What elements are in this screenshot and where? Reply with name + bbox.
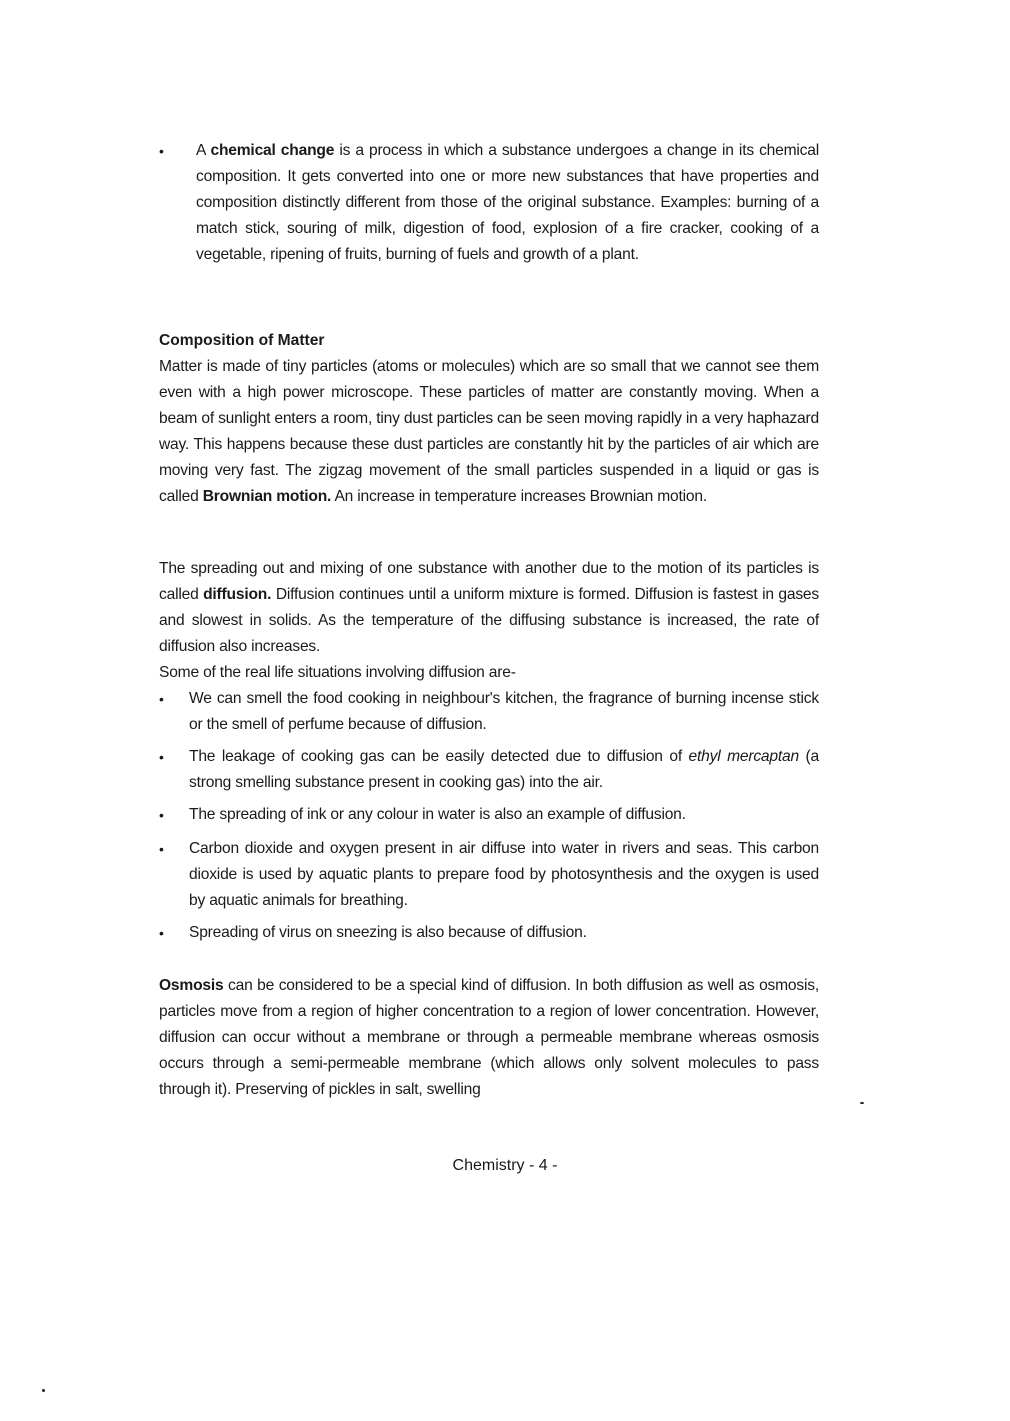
scan-speck bbox=[42, 1389, 45, 1392]
composition-paragraph: Matter is made of tiny particles (atoms … bbox=[159, 354, 819, 510]
diffusion-examples-intro: Some of the real life situations involvi… bbox=[159, 660, 819, 686]
chemical-change-section: • A chemical change is a process in whic… bbox=[159, 138, 819, 268]
bullet-icon: • bbox=[159, 802, 189, 828]
chemical-change-bullet: • A chemical change is a process in whic… bbox=[159, 138, 819, 268]
term-ethyl-mercaptan: ethyl mercaptan bbox=[689, 748, 799, 765]
diffusion-section: The spreading out and mixing of one subs… bbox=[159, 556, 819, 686]
document-page: • A chemical change is a process in whic… bbox=[0, 0, 1010, 1421]
section-heading: Composition of Matter bbox=[159, 328, 819, 354]
list-item: • Spreading of virus on sneezing is also… bbox=[159, 920, 819, 946]
bullet-icon: • bbox=[159, 138, 189, 164]
diffusion-paragraph: The spreading out and mixing of one subs… bbox=[159, 556, 819, 660]
term-brownian-motion: Brownian motion. bbox=[203, 488, 331, 505]
scan-speck bbox=[860, 1102, 864, 1104]
list-item: • The leakage of cooking gas can be easi… bbox=[159, 744, 819, 796]
list-item: • We can smell the food cooking in neigh… bbox=[159, 686, 819, 738]
bullet-icon: • bbox=[159, 686, 189, 712]
term-diffusion: diffusion. bbox=[203, 586, 271, 603]
page-footer: Chemistry - 4 - bbox=[0, 1157, 1010, 1175]
bullet-icon: • bbox=[159, 920, 189, 946]
chemical-change-paragraph: A chemical change is a process in which … bbox=[189, 138, 819, 268]
term-osmosis: Osmosis bbox=[159, 977, 223, 994]
bullet-icon: • bbox=[159, 836, 189, 862]
composition-of-matter-section: Composition of Matter Matter is made of … bbox=[159, 328, 819, 510]
bullet-icon: • bbox=[159, 744, 189, 770]
list-item: • Carbon dioxide and oxygen present in a… bbox=[159, 836, 819, 914]
diffusion-examples-list: • We can smell the food cooking in neigh… bbox=[159, 686, 819, 946]
osmosis-section: Osmosis can be considered to be a specia… bbox=[159, 973, 819, 1103]
list-item: • The spreading of ink or any colour in … bbox=[159, 802, 819, 828]
osmosis-paragraph: Osmosis can be considered to be a specia… bbox=[159, 973, 819, 1103]
term-chemical-change: chemical change bbox=[211, 142, 335, 159]
